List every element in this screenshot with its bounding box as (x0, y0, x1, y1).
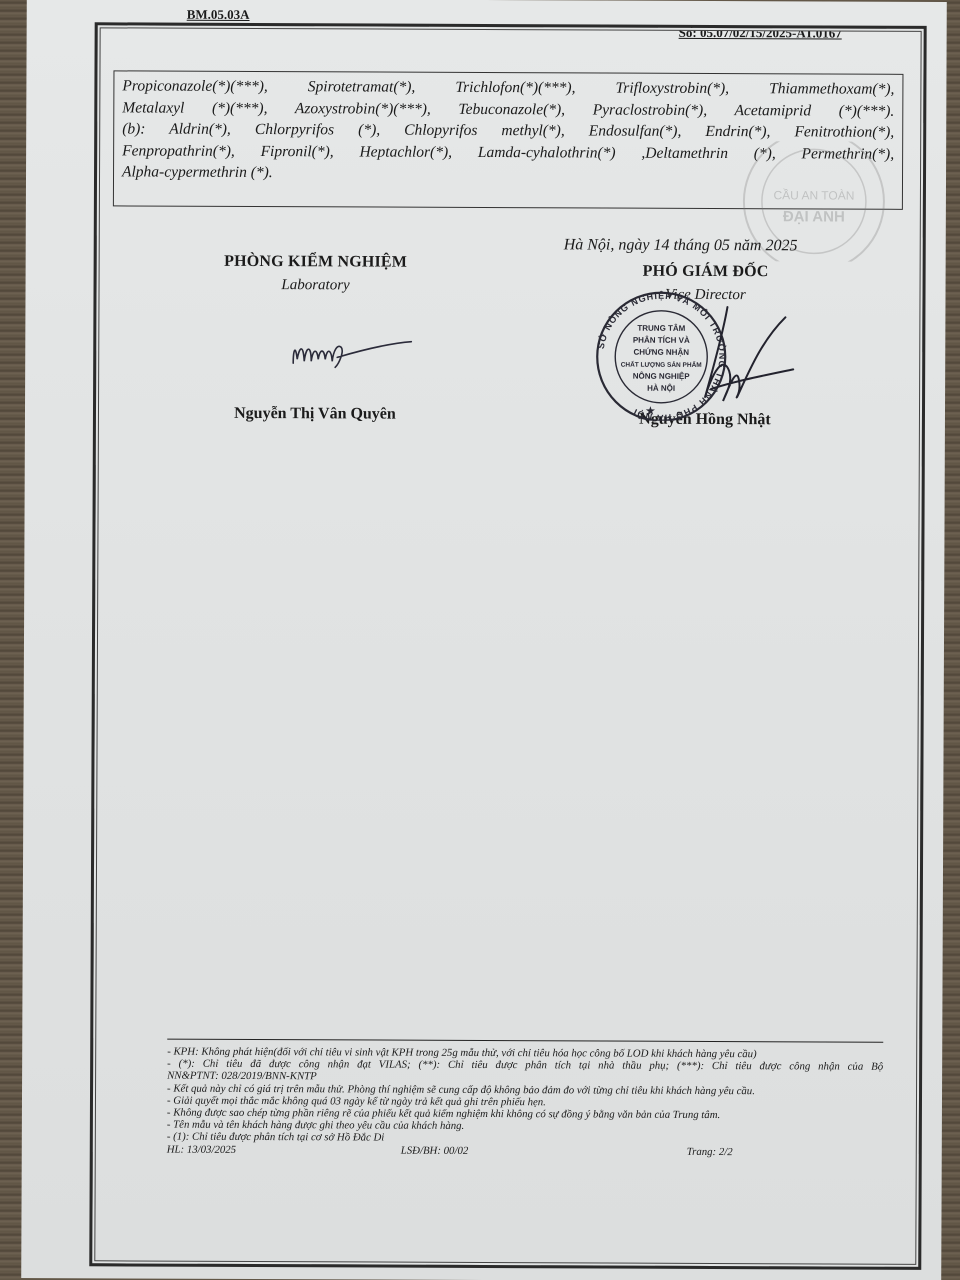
revision-number: LSĐ/BH: 00/02 (401, 1144, 469, 1156)
analyte-line: Propiconazole(*)(***), Spirotetramat(*),… (122, 75, 894, 100)
laboratory-subtitle: Laboratory (186, 277, 446, 295)
page-number: Trang: 2/2 (687, 1146, 733, 1158)
handwritten-signature-icon (287, 333, 417, 374)
issue-date: HL: 13/03/2025 (167, 1143, 236, 1156)
svg-text:CẦU AN TOÀN: CẦU AN TOÀN (773, 187, 854, 202)
vice-director-title: PHÓ GIÁM ĐỐC (586, 262, 826, 281)
document-page: BM.05.03A Số: 05.07/02/15/2025-AT.0167 P… (21, 0, 947, 1280)
handwritten-signature-icon (665, 301, 805, 412)
signing-date: Hà Nội, ngày 14 tháng 05 năm 2025 (564, 236, 798, 255)
laboratory-title: PHÒNG KIỂM NGHIỆM (186, 253, 446, 272)
signature-block-laboratory: PHÒNG KIỂM NGHIỆM Laboratory Nguyễn Thị … (186, 253, 446, 295)
report-notes: - KPH: Không phát hiện(đối với chỉ tiêu … (167, 1039, 884, 1161)
analyte-line: (b): Aldrin(*), Chlorpyrifos (*), Chlopy… (122, 118, 894, 143)
laboratory-signer-name: Nguyễn Thị Vân Quyên (185, 405, 445, 424)
svg-text:★: ★ (645, 404, 656, 418)
svg-text:ĐẠI ANH: ĐẠI ANH (783, 208, 845, 225)
form-code: BM.05.03A (187, 7, 250, 23)
